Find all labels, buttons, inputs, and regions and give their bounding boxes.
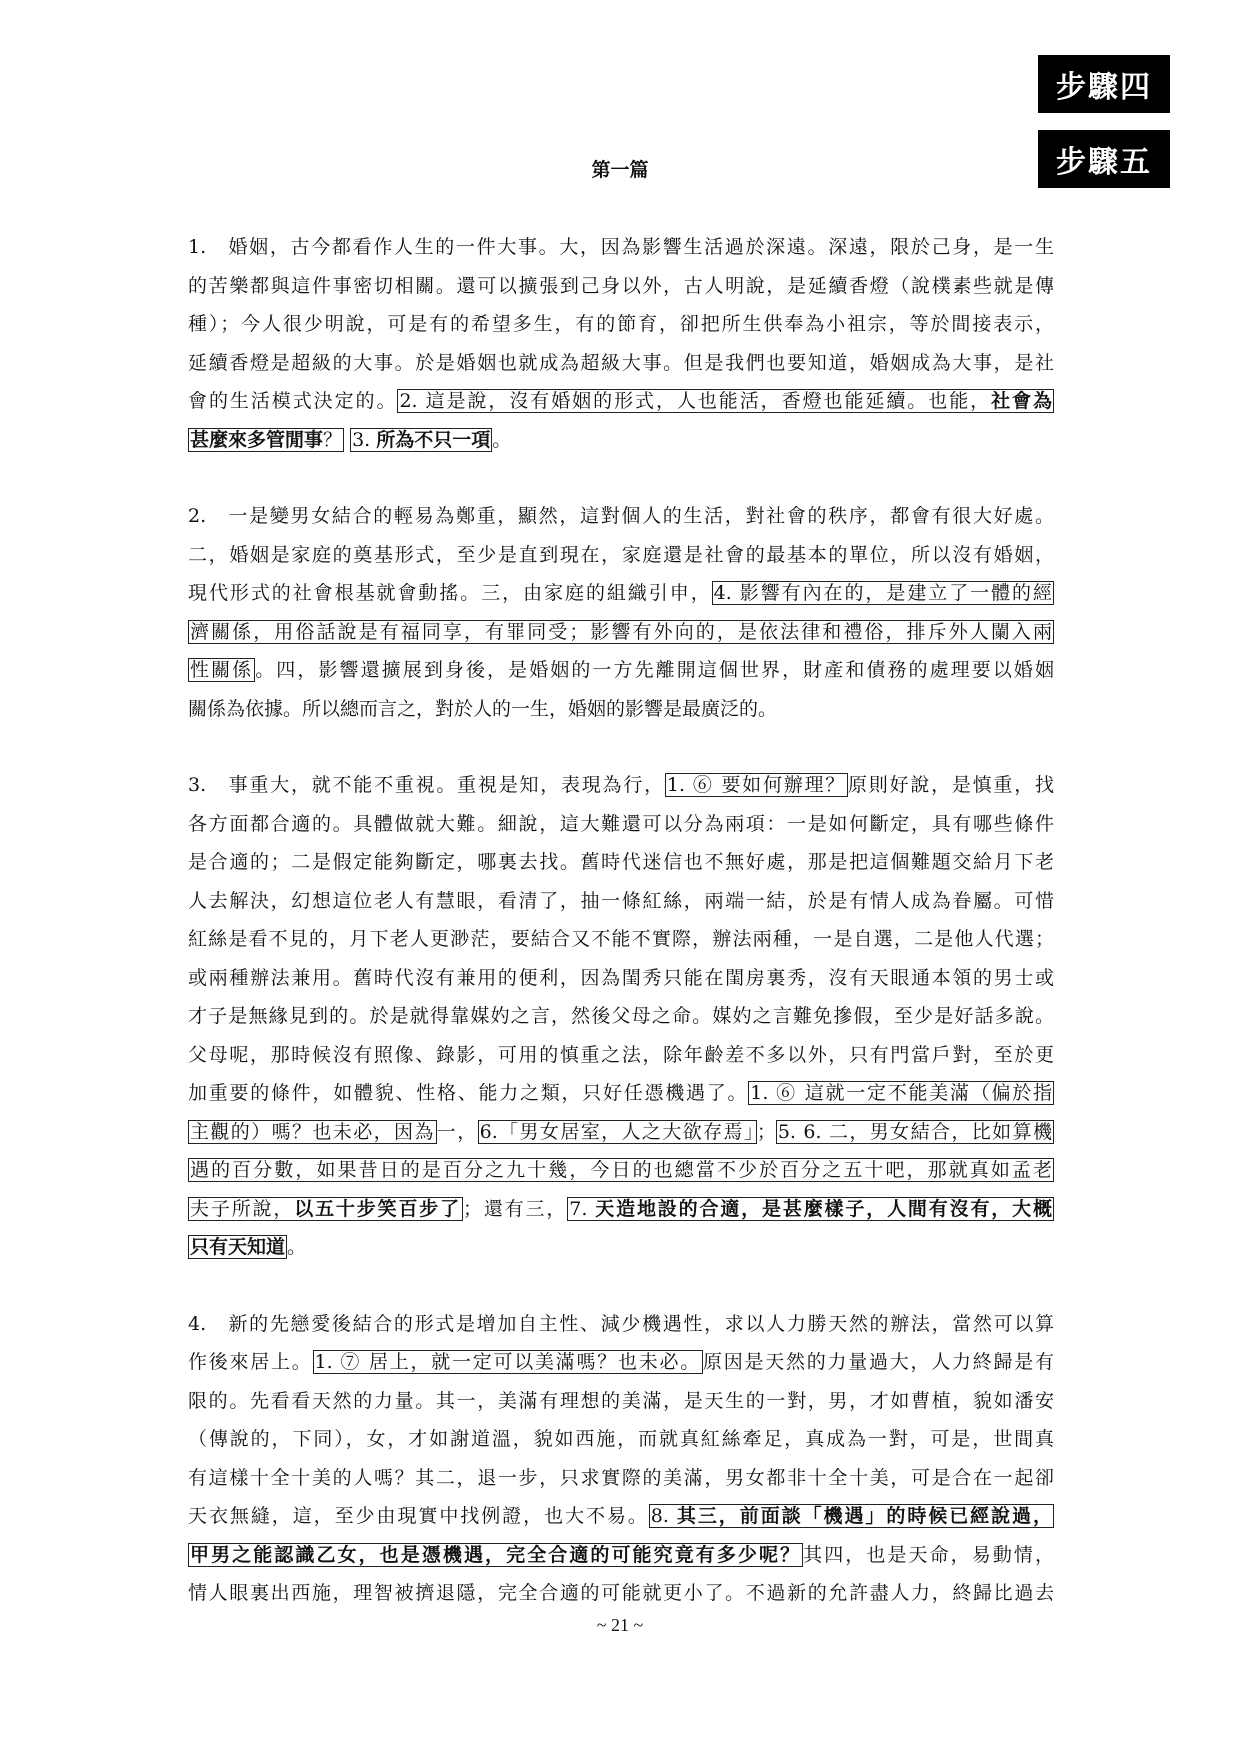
annotation-bold-text: 其三，前面談「機遇」的時候已經說過， xyxy=(677,1505,1052,1527)
text-span: ；還有三， xyxy=(463,1198,567,1220)
annotation-box-5-6-end: 夫子所說，以五十步笑百步了 xyxy=(188,1197,463,1221)
annotation-bold-text: 所為不只一項 xyxy=(376,429,490,451)
text-span: 。 xyxy=(492,429,511,451)
annotation-box-1-6b-cont: 主觀的）嗎？也未必，因為 xyxy=(188,1120,437,1144)
annotation-box-7-cont: 只有天知道 xyxy=(188,1235,287,1259)
text-line: 會的生活模式決定的。2. 這是說，沒有婚姻的形式，人也能活，香燈也能延續。也能，… xyxy=(188,382,1054,421)
annotation-number: 7. xyxy=(569,1198,595,1220)
text-line: 有這樣十全十美的人嗎？其二，退一步，只求實際的美滿，男女都非十全十美，可是合在一… xyxy=(188,1459,1054,1498)
text-line: 2. 一是變男女結合的輕易為鄭重，顯然，這對個人的生活，對社會的秩序，都會有很大… xyxy=(188,497,1054,536)
text-span: 加重要的條件，如體貌、性格、能力之類，只好任憑機遇了。 xyxy=(188,1082,748,1104)
text-line: 關係為依據。所以總而言之，對於人的一生，婚姻的影響是最廣泛的。 xyxy=(188,690,1054,729)
text-span: 一， xyxy=(437,1121,478,1143)
text-line: 性關係。四，影響還擴展到身後，是婚姻的一方先離開這個世界，財產和債務的處理要以婚… xyxy=(188,651,1054,690)
chapter-title: 第一篇 xyxy=(0,155,1240,182)
annotation-box-2-cont: 甚麼來多管閒事？ xyxy=(188,428,344,452)
annotation-box-7: 7. 天造地設的合適，是甚麼樣子，人間有沒有，大概 xyxy=(567,1197,1054,1221)
text-line: 是合適的；二是假定能夠斷定，哪裏去找。舊時代迷信也不無好處，那是把這個難題交給月… xyxy=(188,843,1054,882)
text-line: 或兩種辦法兼用。舊時代沒有兼用的便利，因為閨秀只能在閨房裏秀，沒有天眼通本領的男… xyxy=(188,959,1054,998)
annotation-bold-text: 甚麼來多管閒事 xyxy=(190,429,323,451)
text-line: 人去解決，幻想這位老人有慧眼，看清了，抽一條紅絲，兩端一結，於是有情人成為眷屬。… xyxy=(188,882,1054,921)
annotation-box-3: 3. 所為不只一項 xyxy=(350,428,492,452)
text-span: 原因是天然的力量過大，人力終歸是有 xyxy=(703,1351,1054,1373)
text-span: 原則好說，是慎重，找 xyxy=(848,774,1054,796)
annotation-box-5-6: 5. 6. 二，男女結合，比如算機 xyxy=(776,1120,1054,1144)
text-span: 其四，也是天命，易動情， xyxy=(803,1544,1054,1566)
text-line: 甚麼來多管閒事？ 3. 所為不只一項。 xyxy=(188,421,1054,460)
text-line: （傳說的，下同），女，才如謝道溫，貌如西施，而就真紅絲牽足，真成為一對，可是，世… xyxy=(188,1420,1054,1459)
text-line: 只有天知道。 xyxy=(188,1228,1054,1267)
annotation-box-6: 6.「男女居室，人之大欲存焉」 xyxy=(478,1120,757,1144)
document-body: 1. 婚姻，古今都看作人生的一件大事。大，因為影響生活過於深遠。深遠，限於己身，… xyxy=(188,228,1054,1613)
annotation-box-5-6-cont: 遇的百分數，如果昔日的是百分之九十幾，今日的也總當不少於百分之五十吧，那就真如孟… xyxy=(188,1158,1054,1182)
text-line: 1. 婚姻，古今都看作人生的一件大事。大，因為影響生活過於深遠。深遠，限於己身，… xyxy=(188,228,1054,267)
annotation-text: 2. 這是說，沒有婚姻的形式，人也能活，香燈也能延續。也能， xyxy=(399,390,991,412)
text-span: 3. 事重大，就不能不重視。重視是知，表現為行， xyxy=(188,774,665,796)
text-span: 作後來居上。 xyxy=(188,1351,313,1373)
step-four-badge: 步驟四 xyxy=(1038,55,1170,113)
annotation-box-4-end: 性關係 xyxy=(188,658,255,682)
text-span: 天衣無縫，這，至少由現實中找例證，也大不易。 xyxy=(188,1505,649,1527)
annotation-box-4: 4. 影響有內在的，是建立了一體的經 xyxy=(712,581,1054,605)
text-line: 父母呢，那時候沒有照像、錄影，可用的慎重之法，除年齡差不多以外，只有門當戶對，至… xyxy=(188,1036,1054,1075)
text-line: 紅絲是看不見的，月下老人更渺茫，要結合又不能不實際，辦法兩種，一是自選，二是他人… xyxy=(188,920,1054,959)
text-line: 作後來居上。1. ⑦ 居上，就一定可以美滿嗎？也未必。原因是天然的力量過大，人力… xyxy=(188,1343,1054,1382)
text-line: 種）；今人很少明說，可是有的希望多生，有的節育，卻把所生供奉為小祖宗，等於間接表… xyxy=(188,305,1054,344)
text-line: 甲男之能認識乙女，也是憑機遇，完全合適的可能究竟有多少呢？其四，也是天命，易動情… xyxy=(188,1536,1054,1575)
text-line: 濟關係，用俗話說是有福同享，有罪同受；影響有外向的，是依法律和禮俗，排斥外人闌入… xyxy=(188,613,1054,652)
text-line: 情人眼裏出西施，理智被擠退隱，完全合適的可能就更小了。不過新的允許盡人力，終歸比… xyxy=(188,1574,1054,1613)
annotation-number: 3. xyxy=(352,429,376,451)
text-line: 現代形式的社會根基就會動搖。三，由家庭的組織引申，4. 影響有內在的，是建立了一… xyxy=(188,574,1054,613)
text-line: 主觀的）嗎？也未必，因為一，6.「男女居室，人之大欲存焉」；5. 6. 二，男女… xyxy=(188,1113,1054,1152)
text-span: 現代形式的社會根基就會動搖。三，由家庭的組織引申， xyxy=(188,582,712,604)
annotation-box-1-6a: 1. ⑥ 要如何辦理？ xyxy=(665,773,848,797)
paragraph-3: 3. 事重大，就不能不重視。重視是知，表現為行，1. ⑥ 要如何辦理？原則好說，… xyxy=(188,766,1054,1267)
paragraph-2: 2. 一是變男女結合的輕易為鄭重，顯然，這對個人的生活，對社會的秩序，都會有很大… xyxy=(188,497,1054,728)
annotation-box-8-cont: 甲男之能認識乙女，也是憑機遇，完全合適的可能究竟有多少呢？ xyxy=(188,1543,803,1567)
page-number: ~ 21 ~ xyxy=(0,1615,1240,1636)
text-line: 二，婚姻是家庭的奠基形式，至少是直到現在，家庭還是社會的最基本的單位，所以沒有婚… xyxy=(188,536,1054,575)
annotation-number: 8. xyxy=(651,1505,677,1527)
text-line: 加重要的條件，如體貌、性格、能力之類，只好任憑機遇了。1. ⑥ 這就一定不能美滿… xyxy=(188,1074,1054,1113)
paragraph-4: 4. 新的先戀愛後結合的形式是增加自主性、減少機遇性，求以人力勝天然的辦法，當然… xyxy=(188,1305,1054,1613)
paragraph-1: 1. 婚姻，古今都看作人生的一件大事。大，因為影響生活過於深遠。深遠，限於己身，… xyxy=(188,228,1054,459)
chapter-title-text: 第一篇 xyxy=(591,155,648,182)
annotation-bold-text: 以五十步笑百步了 xyxy=(294,1198,461,1220)
annotation-box-2: 2. 這是說，沒有婚姻的形式，人也能活，香燈也能延續。也能，社會為 xyxy=(397,389,1054,413)
text-line: 3. 事重大，就不能不重視。重視是知，表現為行，1. ⑥ 要如何辦理？原則好說，… xyxy=(188,766,1054,805)
text-span: ； xyxy=(757,1121,776,1143)
text-span: 會的生活模式決定的。 xyxy=(188,390,397,412)
annotation-box-4-cont: 濟關係，用俗話說是有福同享，有罪同受；影響有外向的，是依法律和禮俗，排斥外人闌入… xyxy=(188,620,1054,644)
text-line: 各方面都合適的。具體做就大難。細說，這大難還可以分為兩項：一是如何斷定，具有哪些… xyxy=(188,805,1054,844)
text-line: 的苦樂都與這件事密切相關。還可以擴張到己身以外，古人明說，是延續香燈（說樸素些就… xyxy=(188,267,1054,306)
annotation-text: 夫子所說， xyxy=(190,1198,294,1220)
text-line: 才子是無緣見到的。於是就得靠媒妁之言，然後父母之命。媒妁之言難免摻假，至少是好話… xyxy=(188,997,1054,1036)
text-span: 。 xyxy=(287,1236,306,1258)
text-line: 限的。先看看天然的力量。其一，美滿有理想的美滿，是天生的一對，男，才如曹植，貌如… xyxy=(188,1382,1054,1421)
text-line: 4. 新的先戀愛後結合的形式是增加自主性、減少機遇性，求以人力勝天然的辦法，當然… xyxy=(188,1305,1054,1344)
annotation-text: ？ xyxy=(323,429,342,451)
text-line: 夫子所說，以五十步笑百步了；還有三，7. 天造地設的合適，是甚麼樣子，人間有沒有… xyxy=(188,1190,1054,1229)
text-span: 。四，影響還擴展到身後，是婚姻的一方先離開這個世界，財產和債務的處理要以婚姻 xyxy=(255,659,1054,681)
annotation-box-8: 8. 其三，前面談「機遇」的時候已經說過， xyxy=(649,1504,1054,1528)
annotation-box-1-6b: 1. ⑥ 這就一定不能美滿（偏於指 xyxy=(748,1081,1054,1105)
annotation-bold-text: 社會為 xyxy=(991,390,1052,412)
annotation-box-1-7: 1. ⑦ 居上，就一定可以美滿嗎？也未必。 xyxy=(313,1350,703,1374)
text-line: 遇的百分數，如果昔日的是百分之九十幾，今日的也總當不少於百分之五十吧，那就真如孟… xyxy=(188,1151,1054,1190)
text-line: 延續香燈是超級的大事。於是婚姻也就成為超級大事。但是我們也要知道，婚姻成為大事，… xyxy=(188,344,1054,383)
annotation-bold-text: 天造地設的合適，是甚麼樣子，人間有沒有，大概 xyxy=(595,1198,1052,1220)
text-line: 天衣無縫，這，至少由現實中找例證，也大不易。8. 其三，前面談「機遇」的時候已經… xyxy=(188,1497,1054,1536)
